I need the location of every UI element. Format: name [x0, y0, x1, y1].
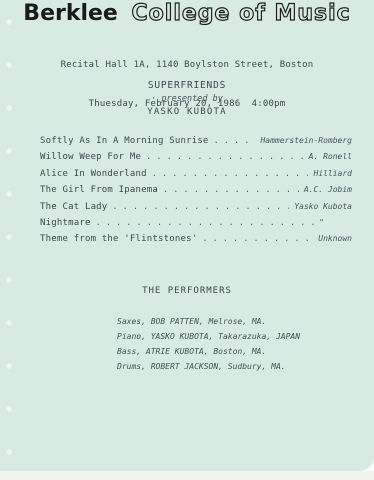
program-row: The Girl From Ipanema . . . . . . . . . …	[40, 185, 352, 201]
song-title: Softly As In A Morning Sunrise	[40, 136, 209, 146]
leader-dots: . . . . . . . . . . . . . . . . . . . . …	[163, 185, 299, 195]
song-title: Theme from the 'Flintstones'	[40, 234, 197, 244]
performers-heading: THE PERFORMERS	[0, 286, 374, 296]
program-row: Softly As In A Morning Sunrise . . . . .…	[40, 136, 352, 152]
program-list: Softly As In A Morning Sunrise . . . . .…	[40, 136, 352, 251]
composer-name: A.C. Jobim	[304, 185, 352, 194]
program-row: Alice In Wonderland . . . . . . . . . . …	[40, 169, 352, 185]
performer-line: Bass, ATRIE KUBOTA, Boston, MA.	[117, 344, 354, 359]
performer-line: Drums, ROBERT JACKSON, Sudbury, MA.	[117, 359, 354, 374]
page-bottom-edge	[0, 471, 374, 480]
program-row: Nightmare . . . . . . . . . . . . . . . …	[40, 218, 352, 234]
composer-name: Hammerstein-Romberg	[260, 136, 352, 145]
song-title: Alice In Wonderland	[40, 169, 147, 179]
performer-line: Piano, YASKO KUBOTA, Takarazuka, JAPAN	[117, 329, 354, 344]
logo-berklee-text: Berklee	[23, 1, 118, 26]
leader-dots: . . . . . . . . . . . . . . . . . . . . …	[112, 202, 289, 212]
show-title: SUPERFRIENDS	[0, 80, 374, 91]
leader-dots: . . . . . . . . . . . . . . . . . . . . …	[146, 152, 304, 162]
title-block: SUPERFRIENDS · presented by YASKO KUBOTA	[0, 80, 374, 117]
composer-name: A. Ronell	[309, 152, 352, 161]
logo-college-of-music-text: College of Music	[132, 1, 351, 26]
composer-name: Yasko Kubota	[294, 202, 352, 211]
concert-program-page: Berklee College of Music Recital Hall 1A…	[0, 0, 374, 480]
leader-dots: . . . . . . . . . . . . . . . . . . . . …	[152, 169, 309, 179]
song-title: Nightmare	[40, 218, 91, 228]
leader-dots: . . . . . . . . . . . . . . . . . . . . …	[214, 136, 256, 146]
presenter-name: YASKO KUBOTA	[0, 107, 374, 117]
program-row: Willow Weep For Me . . . . . . . . . . .…	[40, 152, 352, 168]
berklee-logo: Berklee College of Music	[0, 1, 374, 26]
venue-line: Recital Hall 1A, 1140 Boylston Street, B…	[0, 59, 374, 72]
composer-name: Unknown	[318, 234, 352, 243]
composer-ditto-mark: "	[319, 218, 352, 227]
composer-name: Hilliard	[313, 169, 352, 178]
program-row: Theme from the 'Flintstones' . . . . . .…	[40, 234, 352, 250]
leader-dots: . . . . . . . . . . . . . . . . . . . . …	[202, 234, 313, 244]
presented-by-label: · presented by	[0, 94, 374, 104]
performers-list: Saxes, BOB PATTEN, Melrose, MA. Piano, Y…	[117, 314, 354, 374]
song-title: The Girl From Ipanema	[40, 185, 158, 195]
song-title: The Cat Lady	[40, 202, 107, 212]
program-row: The Cat Lady . . . . . . . . . . . . . .…	[40, 202, 352, 218]
leader-dots: . . . . . . . . . . . . . . . . . . . . …	[96, 218, 315, 228]
performer-line: Saxes, BOB PATTEN, Melrose, MA.	[117, 314, 354, 329]
song-title: Willow Weep For Me	[40, 152, 141, 162]
